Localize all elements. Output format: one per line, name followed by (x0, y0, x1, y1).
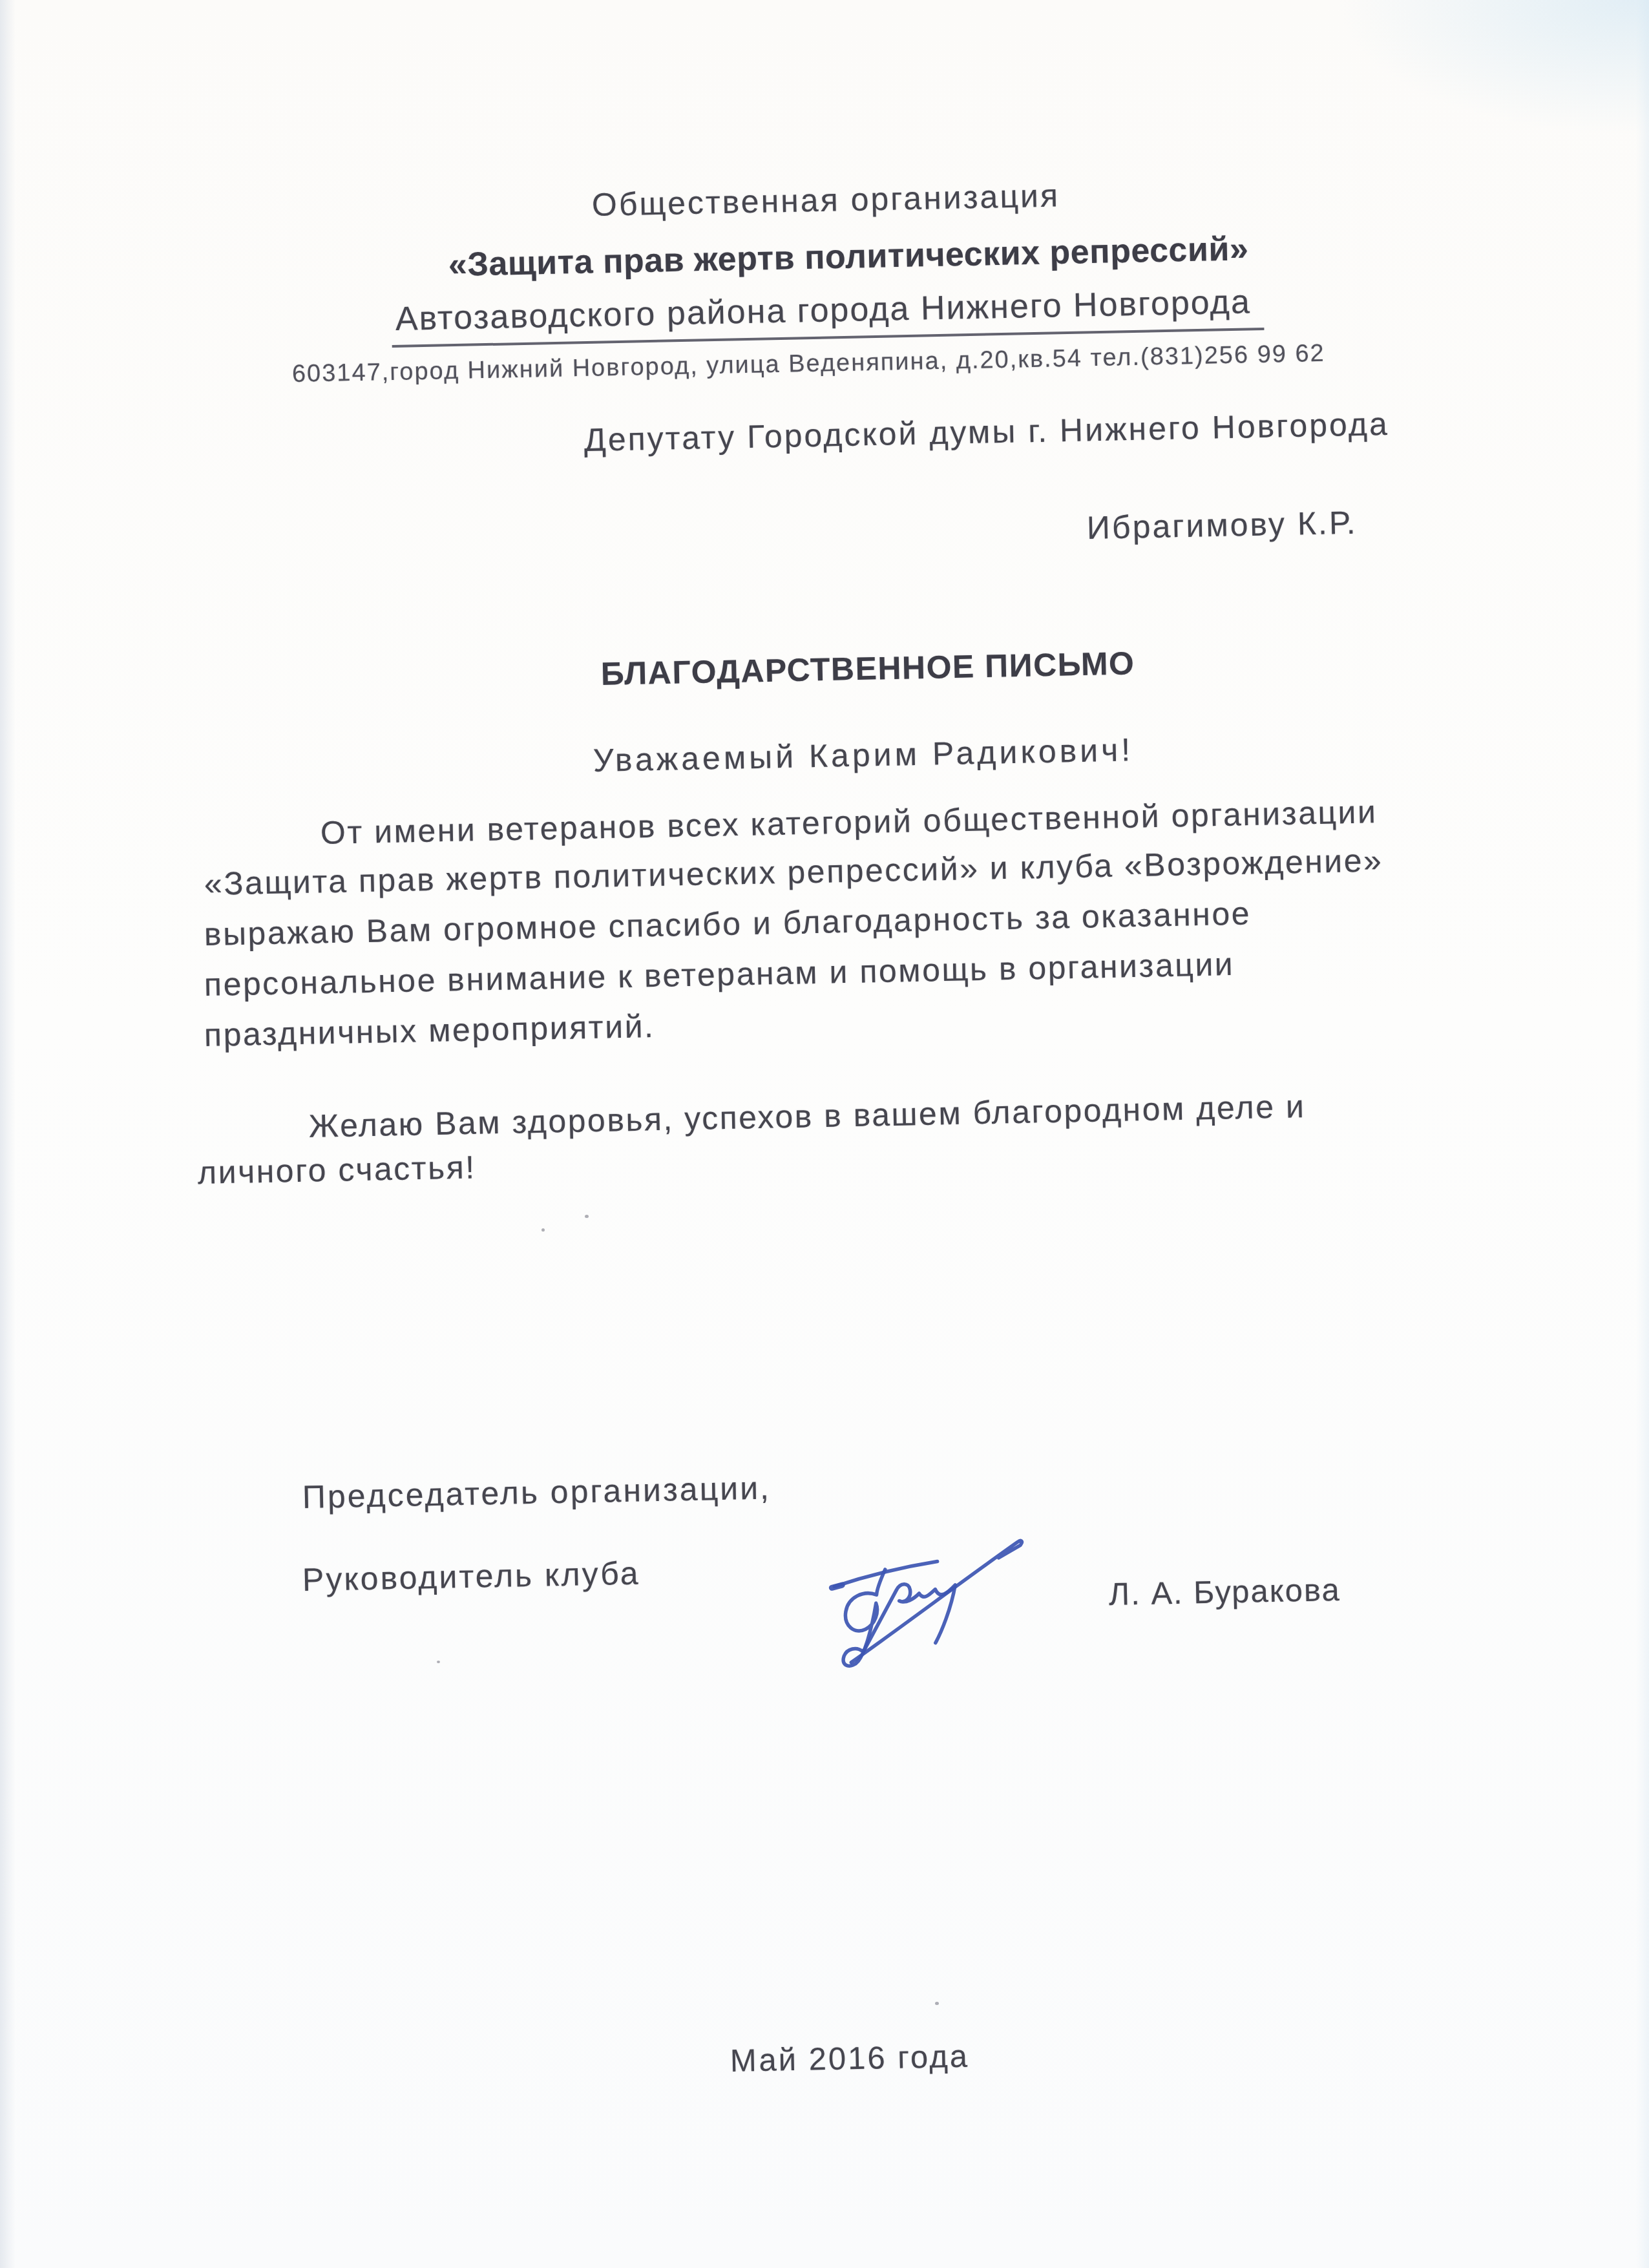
body-paragraph1-line2: «Защита прав жертв политических репресси… (204, 841, 1383, 903)
scan-speck (541, 1228, 545, 1232)
scan-speck (585, 1215, 589, 1218)
letter-date: Май 2016 года (730, 2039, 969, 2079)
org-type-line: Общественная организация (591, 176, 1060, 224)
salutation: Уважаемый Карим Радикович! (593, 731, 1133, 779)
signature-position-1: Председатель организации, (302, 1469, 771, 1516)
body-paragraph1-line4: персональное внимание к ветеранам и помо… (204, 945, 1234, 1003)
handwritten-signature (799, 1503, 1113, 1721)
body-paragraph1-line1: От имени ветеранов всех категорий общест… (320, 793, 1378, 852)
scan-speck (935, 2002, 939, 2005)
org-name-line: «Защита прав жертв политических репресси… (448, 229, 1248, 284)
body-paragraph1-line3: выражаю Вам огромное спасибо и благодарн… (204, 894, 1251, 953)
recipient-name: Ибрагимову К.Р. (1086, 504, 1358, 547)
letter-title: БЛАГОДАРСТВЕННОЕ ПИСЬМО (600, 644, 1135, 693)
scan-speck (437, 1661, 440, 1663)
signature-position-2: Руководитель клуба (302, 1555, 640, 1599)
body-paragraph2-line2: личного счастья! (197, 1148, 476, 1192)
org-district-text: Автозаводского района города Нижнего Нов… (391, 282, 1264, 348)
recipient-line: Депутату Городской думы г. Нижнего Новго… (583, 405, 1389, 459)
org-address-line: 603147,город Нижний Новгород, улица Веде… (292, 340, 1326, 388)
org-district-line: Автозаводского района города Нижнего Нов… (391, 282, 1264, 348)
signer-name: Л. А. Буракова (1108, 1572, 1341, 1613)
body-paragraph2-line1: Желаю Вам здоровья, успехов в вашем благ… (308, 1087, 1305, 1145)
body-paragraph1-line5: праздничных мероприятий. (204, 1007, 655, 1054)
scanned-letter-page: Общественная организация «Защита прав же… (0, 0, 1649, 2268)
